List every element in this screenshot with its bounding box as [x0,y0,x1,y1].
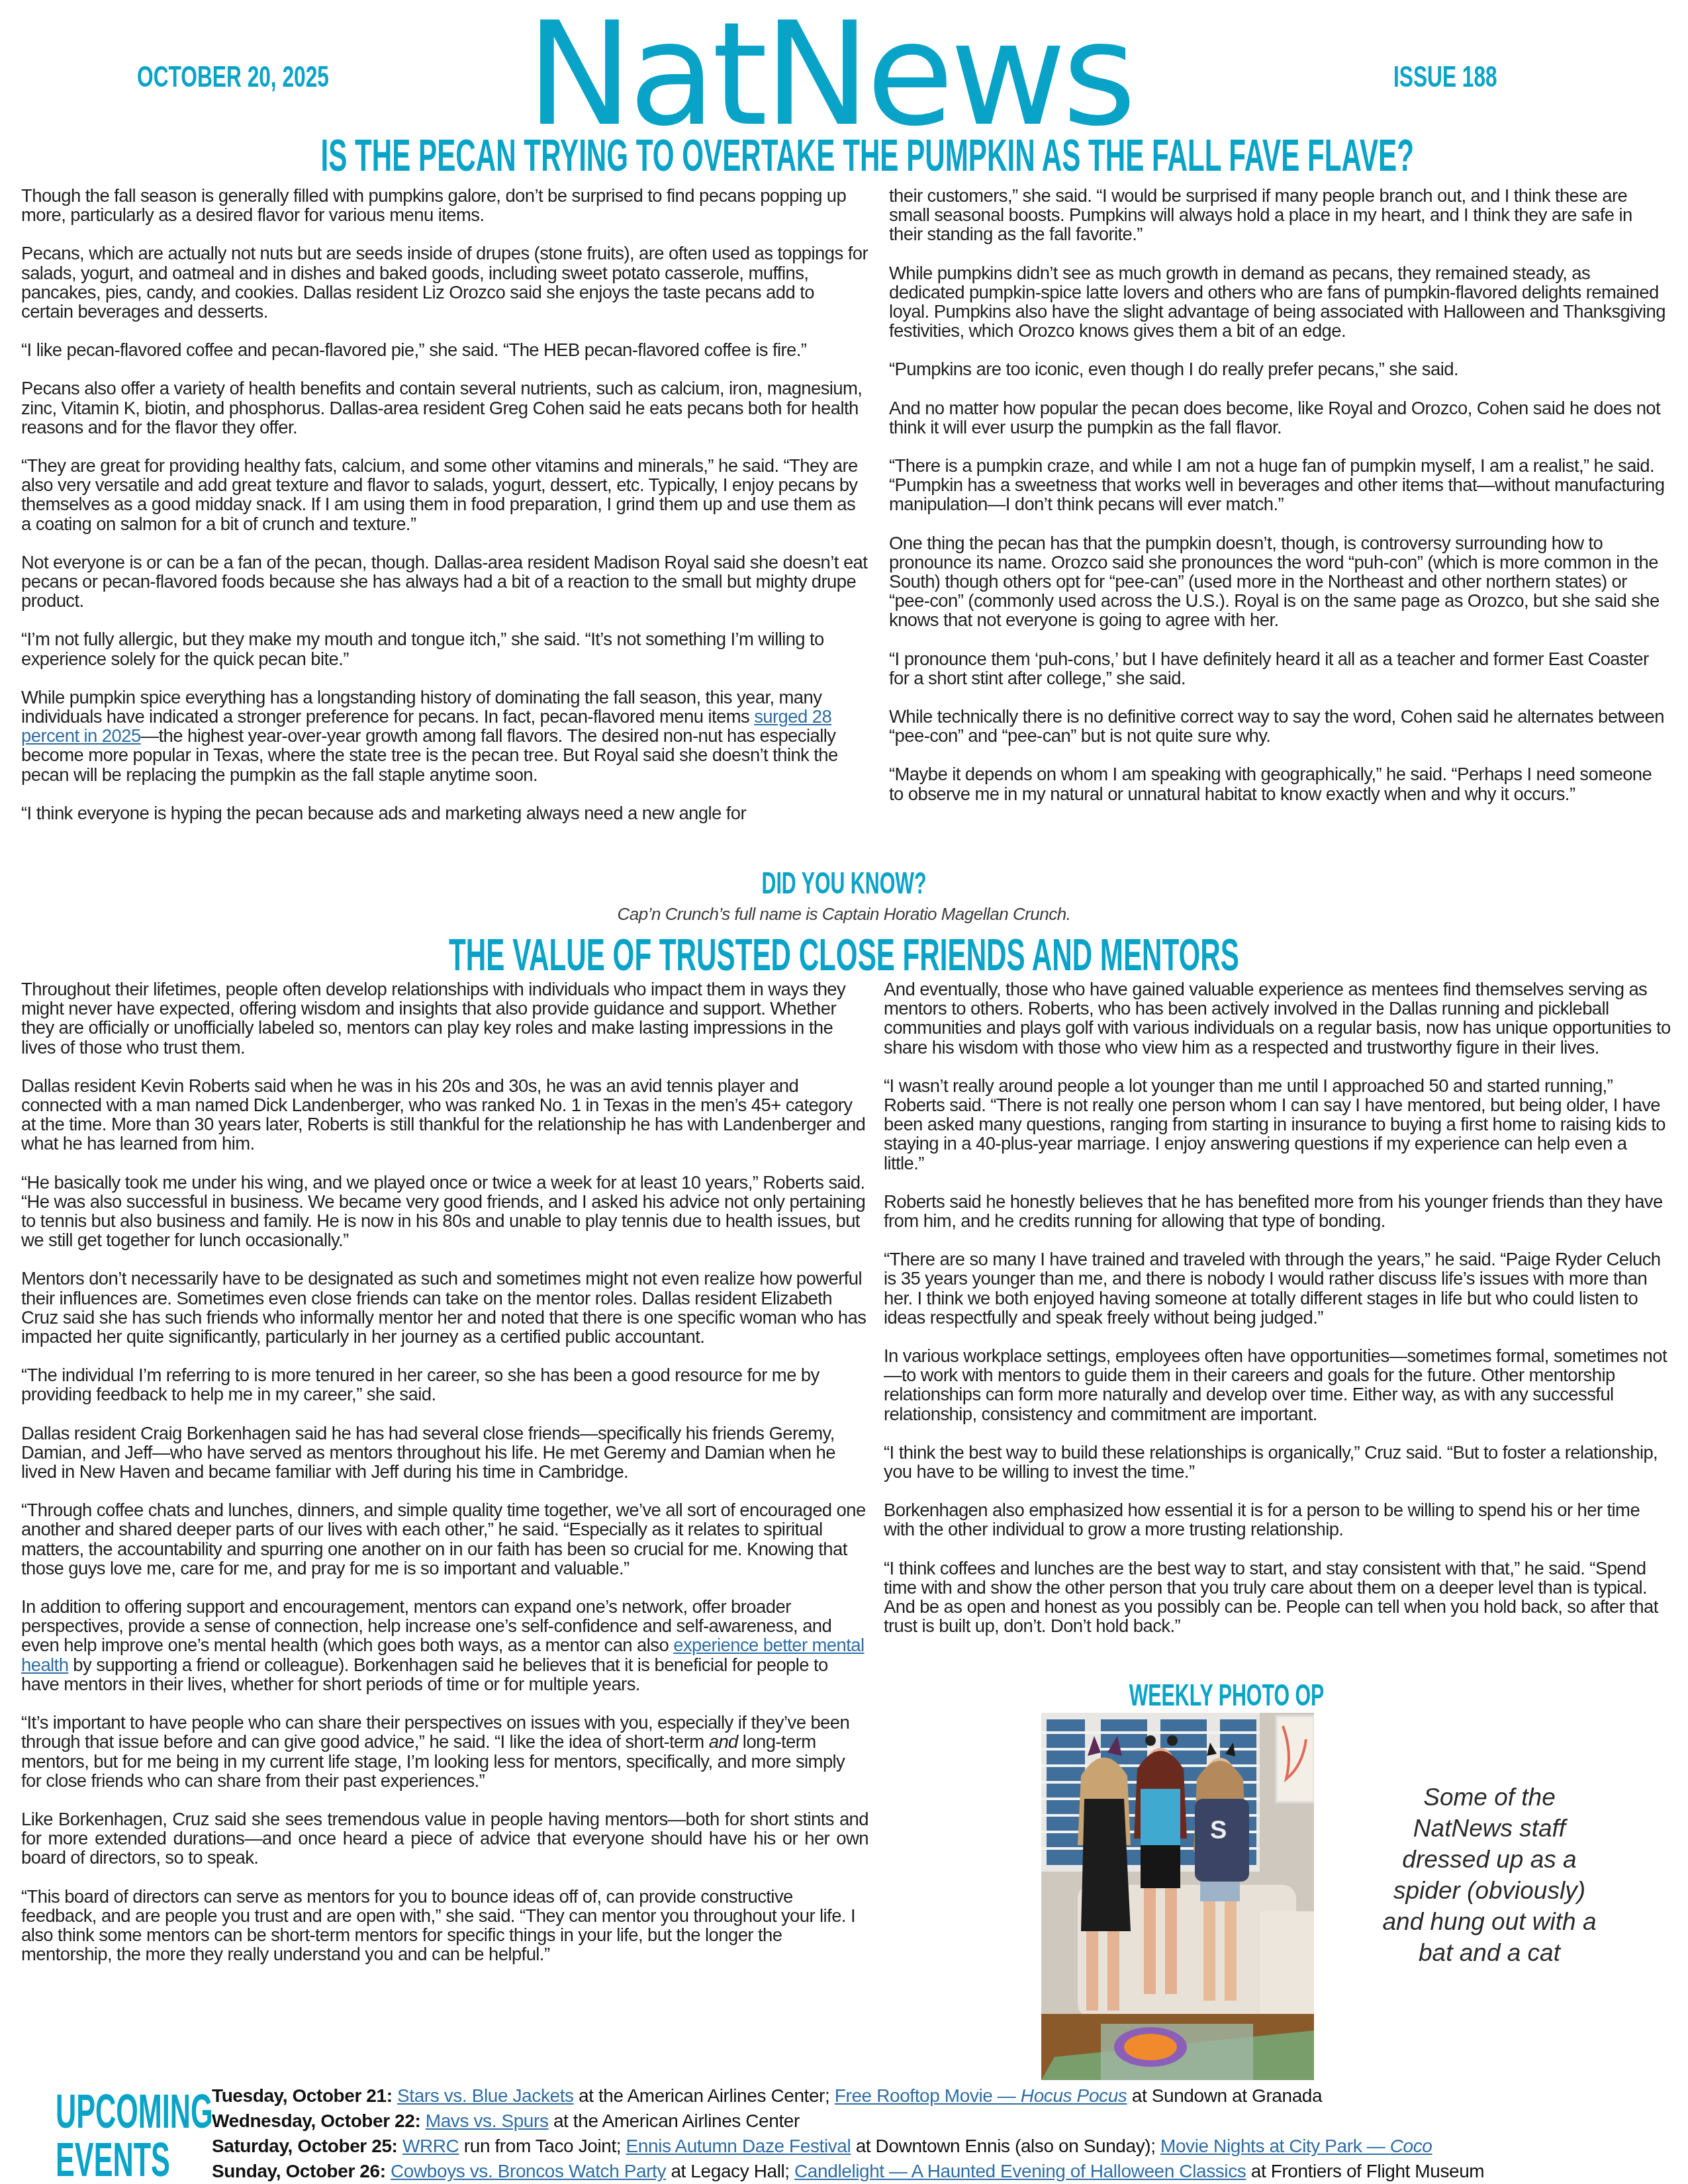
event-row-tuesday: Tuesday, October 21: Stars vs. Blue Jack… [212,2084,1322,2108]
event-day: Saturday, October 25: [212,2136,398,2156]
did-you-know-heading: DID YOU KNOW? [287,867,1401,899]
event-day: Tuesday, October 21: [212,2085,393,2106]
paragraph: Pecans also offer a variety of health be… [21,379,868,437]
paragraph: Borkenhagen also emphasized how essentia… [884,1500,1671,1539]
paragraph: their customers,” she said. “I would be … [889,186,1670,244]
paragraph: Dallas resident Kevin Roberts said when … [21,1076,868,1154]
event-text: at the American Airlines Center [549,2111,800,2131]
paragraph: “There are so many I have trained and tr… [884,1250,1671,1327]
article-pecan-right-column: their customers,” she said. “I would be … [889,186,1670,803]
paragraph: “It’s important to have people who can s… [21,1713,868,1790]
event-link-mavs-spurs[interactable]: Mavs vs. Spurs [426,2111,549,2131]
event-link-candlelight[interactable]: Candlelight — A Haunted Evening of Hallo… [794,2161,1246,2181]
paragraph: And no matter how popular the pecan does… [889,398,1670,437]
event-link-wrrc[interactable]: WRRC [402,2136,459,2156]
paragraph: “I like pecan-flavored coffee and pecan-… [21,340,868,359]
paragraph: While pumpkins didn’t see as much growth… [889,263,1670,341]
event-link-text: Movie Nights at City Park — [1160,2136,1390,2156]
paragraph: Dallas resident Craig Borkenhagen said h… [21,1424,868,1482]
photo-caption: Some of the NatNews staff dressed up as … [1377,1782,1602,1968]
staff-halloween-photo: S [1041,1713,1314,2080]
upcoming-events-label-line2: EVENTS [56,2136,163,2184]
paragraph: “I wasn’t really around people a lot you… [884,1076,1671,1173]
event-link-movie-nights[interactable]: Movie Nights at City Park — Coco [1160,2136,1432,2156]
event-link-text: Free Rooftop Movie — [835,2085,1021,2106]
paragraph: “I pronounce them ‘puh-cons,’ but I have… [889,649,1670,688]
event-text: at Legacy Hall; [666,2161,794,2181]
paragraph: Roberts said he honestly believes that h… [884,1192,1671,1230]
article-headline-mentors: THE VALUE OF TRUSTED CLOSE FRIENDS AND M… [321,932,1368,978]
paragraph: Not everyone is or can be a fan of the p… [21,553,868,611]
issue-number: ISSUE 188 [1393,61,1497,94]
paragraph: “The individual I’m referring to is more… [21,1365,868,1404]
paragraph: And eventually, those who have gained va… [884,979,1671,1057]
event-text: at Downtown Ennis (also on Sunday); [851,2136,1160,2156]
event-link-title: Hocus Pocus [1021,2085,1127,2106]
event-text: at the American Airlines Center; [574,2085,835,2106]
event-text: at Frontiers of Flight Museum [1246,2161,1484,2181]
event-text: run from Taco Joint; [459,2136,626,2156]
event-row-wednesday: Wednesday, October 22: Mavs vs. Spurs at… [212,2109,800,2133]
paragraph: “Pumpkins are too iconic, even though I … [889,359,1670,379]
paragraph: Like Borkenhagen, Cruz said she sees tre… [21,1809,868,1868]
event-text: at Sundown at Granada [1127,2085,1322,2106]
event-text [398,2136,402,2156]
event-row-sunday: Sunday, October 26: Cowboys vs. Broncos … [212,2160,1484,2183]
paragraph: In various workplace settings, employees… [884,1346,1671,1424]
paragraph: “I think the best way to build these rel… [884,1443,1671,1481]
paragraph: Though the fall season is generally fill… [21,186,868,224]
paragraph: One thing the pecan has that the pumpkin… [889,533,1670,630]
paragraph: Mentors don’t necessarily have to be des… [21,1269,868,1346]
article-mentors-right-column: And eventually, those who have gained va… [884,979,1671,1635]
paragraph: “This board of directors can serve as me… [21,1887,868,1964]
paragraph-text: While pumpkin spice everything has a lon… [21,687,821,727]
issue-date: OCTOBER 20, 2025 [137,61,329,94]
event-link-cowboys-watch-party[interactable]: Cowboys vs. Broncos Watch Party [391,2161,666,2181]
svg-text:S: S [1210,1817,1227,1844]
event-link-title: Coco [1390,2136,1432,2156]
paragraph: While pumpkin spice everything has a lon… [21,688,868,784]
upcoming-events-label-line1: UPCOMING [56,2088,163,2136]
paragraph: “Through coffee chats and lunches, dinne… [21,1500,868,1578]
paragraph: “I think coffees and lunches are the bes… [884,1559,1671,1636]
paragraph: In addition to offering support and enco… [21,1597,868,1694]
paragraph: “They are great for providing healthy fa… [21,456,868,533]
paragraph-text: by supporting a friend or colleague). Bo… [21,1655,828,1694]
event-day: Wednesday, October 22: [212,2111,420,2131]
paragraph: “I’m not fully allergic, but they make m… [21,629,868,668]
paragraph-text: —the highest year-over-year growth among… [21,725,838,784]
article-mentors-left-column: Throughout their lifetimes, people often… [21,979,868,1964]
event-text [420,2111,425,2131]
paragraph: Pecans, which are actually not nuts but … [21,244,868,321]
article-pecan-left-column: Though the fall season is generally fill… [21,186,868,823]
event-link-ennis-festival[interactable]: Ennis Autumn Daze Festival [626,2136,851,2156]
article-headline-pecan: IS THE PECAN TRYING TO OVERTAKE THE PUMP… [321,132,1368,179]
newsletter-title: NatNews [526,3,1133,146]
paragraph: “He basically took me under his wing, an… [21,1173,868,1250]
paragraph: “Maybe it depends on whom I am speaking … [889,764,1670,803]
event-text [386,2161,391,2181]
paragraph: Throughout their lifetimes, people often… [21,979,868,1057]
emphasis-text: and [709,1731,738,1752]
paragraph: “There is a pumpkin craze, and while I a… [889,456,1670,514]
event-link-rooftop-movie[interactable]: Free Rooftop Movie — Hocus Pocus [835,2085,1127,2106]
event-link-stars-blue-jackets[interactable]: Stars vs. Blue Jackets [397,2085,574,2106]
photo-op-heading: WEEKLY PHOTO OP [1104,1679,1349,1711]
paragraph: “I think everyone is hyping the pecan be… [21,803,868,823]
event-row-saturday: Saturday, October 25: WRRC run from Taco… [212,2134,1432,2158]
event-text [393,2085,397,2106]
did-you-know-fact: Cap’n Crunch’s full name is Captain Hora… [0,904,1688,925]
event-day: Sunday, October 26: [212,2161,386,2181]
paragraph: While technically there is no definitive… [889,707,1670,745]
